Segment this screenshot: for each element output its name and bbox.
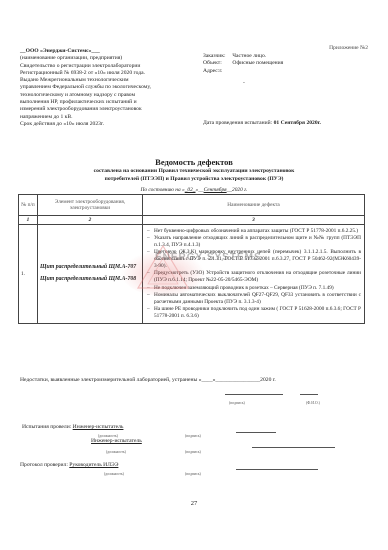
defect-item: Нет буквенно-цифровых обозначений на апп…: [146, 228, 361, 235]
fio-caption: (Ф.И.О.): [306, 401, 320, 405]
address-value: -: [243, 80, 245, 86]
tester1-signature-line: [236, 432, 276, 433]
position-caption: (должность): [104, 472, 124, 476]
position-caption: (должность): [106, 450, 126, 454]
header-element: Элемент электрооборудования, электроуста…: [38, 195, 143, 216]
object-label: Объект:: [203, 60, 231, 67]
org-line: Регистрационный № 6938-2 от «10» июля 20…: [20, 70, 205, 77]
organization-block: __ООО «Энерджи-Системс»___ (наименование…: [20, 48, 205, 128]
test-date: Дата проведения испытаний: 01 Сентября 2…: [203, 120, 321, 126]
signature-caption: (подпись): [229, 401, 245, 405]
defect-item: Номиналы автоматических выключателей QF2…: [146, 292, 361, 306]
tested-by: Испытания провели: Инженер-испытатель: [22, 424, 123, 430]
address-label: Адрес:г.: [203, 68, 222, 75]
object-value: Офисные помещения: [232, 60, 283, 67]
defects-cell: Нет буквенно-цифровых обозначений на апп…: [143, 225, 365, 324]
org-line: управлением Федеральной службы по эколог…: [20, 84, 205, 91]
col-number: 2: [38, 216, 143, 225]
defect-item: Указать направление отходящих линий в ра…: [146, 235, 361, 249]
document-subtitle: составлена на основании Правил техническ…: [50, 168, 338, 183]
org-line: напряжением до 1 кВ.: [20, 114, 205, 121]
checked-by: Протокол проверил: Руководитель ИЛЭЭ: [20, 462, 118, 468]
state-suffix: __2020 г.: [227, 187, 248, 193]
tester2-position: Инженер-испытатель: [91, 438, 142, 444]
tester1-position: Инженер-испытатель: [73, 424, 124, 430]
page-number: 27: [0, 500, 388, 507]
checker-position: Руководитель ИЛЭЭ: [69, 462, 118, 468]
signature-caption: (подпись): [185, 472, 201, 476]
signature-caption: (подпись): [185, 450, 201, 454]
fio-line: [300, 394, 318, 395]
defects-list: Нет буквенно-цифровых обозначений на апп…: [146, 228, 361, 321]
tester2: Инженер-испытатель: [91, 438, 142, 444]
col-number: 1: [19, 216, 38, 225]
watermark-text: ENERGY SYSTEMS: [155, 252, 262, 263]
appendix-label: Приложение №2: [329, 45, 368, 51]
checker-signature-line: [236, 469, 318, 470]
state-prefix: По состоянию на «: [140, 187, 184, 193]
org-line: Срок действия до «10» июля 2023г.: [20, 121, 205, 128]
header-number: № п/п: [19, 195, 38, 216]
organization-caption: (наименование организации, предприятия): [20, 55, 205, 62]
test-date-value: 01 Сентября 2020г.: [274, 120, 321, 126]
panel-name: Щит распределительный ЩМ.А-708: [40, 276, 140, 284]
defect-item: Предусмотреть (УЗО) Устройств защитного …: [146, 270, 361, 284]
state-date: По состоянию на «_02_»__Сентября__2020 г…: [0, 187, 388, 193]
defect-item: На шине PE проводники подключить под оди…: [146, 306, 361, 320]
element-cell: Щит распределительный ЩМ.А-707 Щит распр…: [38, 225, 143, 324]
document-title: Ведомость дефектов: [0, 157, 388, 167]
test-date-label: Дата проведения испытаний:: [203, 120, 272, 126]
tester2-signature-line: [252, 447, 335, 448]
defect-item: Не подключен заземляющий проводник в роз…: [146, 285, 361, 292]
signature-caption: (подпись): [185, 434, 201, 438]
header-defect: Наименование дефекта: [143, 195, 365, 216]
table-row: 1. Щит распределительный ЩМ.А-707 Щит ра…: [19, 225, 365, 324]
table-header-row: № п/п Элемент электрооборудования, элект…: [19, 195, 365, 216]
state-day: _02_: [185, 187, 196, 193]
fixed-statement: Недостатки, выявленные электроизмеритель…: [20, 377, 276, 383]
customer-block: Заказчик: Частное лицо. Объект: Офисные …: [203, 53, 383, 75]
org-line: Свидетельство о регистрации электролабор…: [20, 63, 205, 70]
panel-name: Щит распределительный ЩМ.А-707: [40, 264, 140, 272]
subtitle-line: составлена на основании Правил техническ…: [50, 168, 338, 176]
col-number: 3: [143, 216, 365, 225]
column-numbers-row: 1 2 3: [19, 216, 365, 225]
tested-by-label: Испытания провели:: [22, 424, 71, 430]
checked-by-label: Протокол проверил:: [20, 462, 68, 468]
org-line: измерений электрооборудования электроуст…: [20, 106, 205, 113]
state-month: Сентября: [204, 187, 227, 193]
signature-line: [225, 394, 283, 395]
org-line: технологическому и атомному надзору с пр…: [20, 92, 205, 99]
row-number: 1.: [19, 225, 38, 324]
state-mid: »__: [196, 187, 204, 193]
subtitle-line: потребителей (ПТЭЭП) и Правил устройства…: [50, 176, 338, 184]
